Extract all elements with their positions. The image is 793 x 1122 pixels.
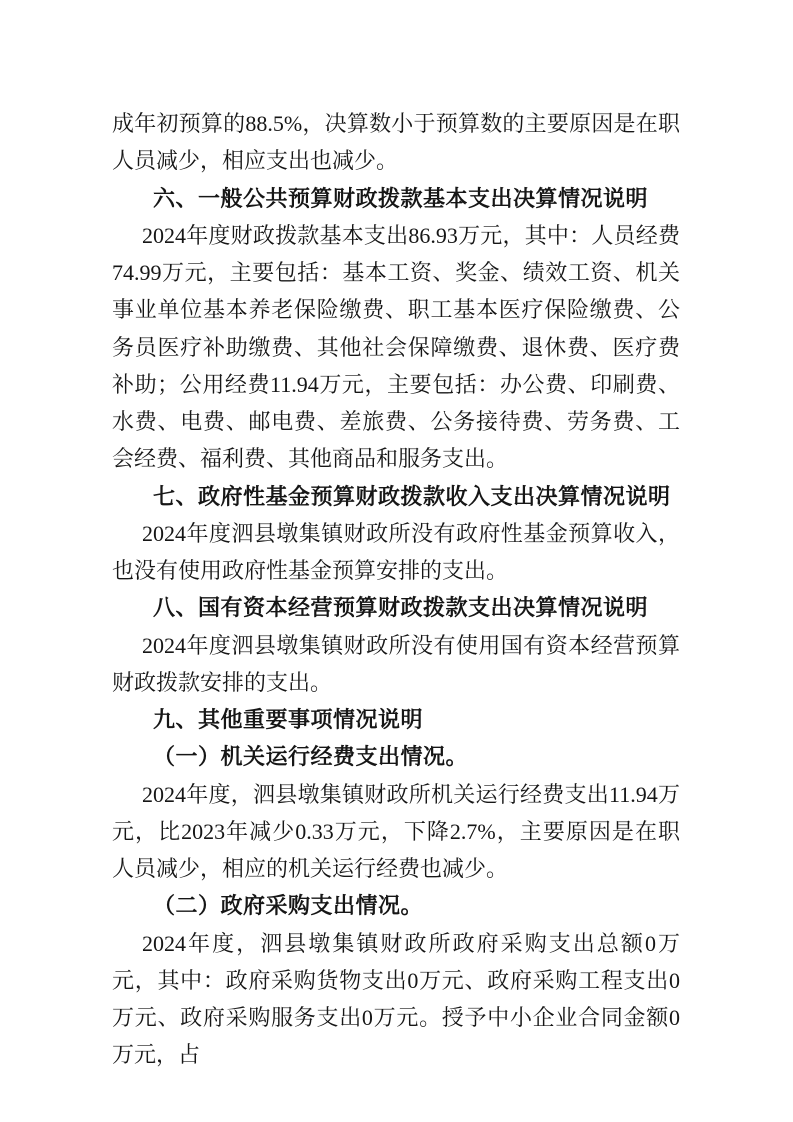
sub-section-heading: （二）政府采购支出情况。: [112, 887, 680, 924]
section-heading: 七、政府性基金预算财政拨款收入支出决算情况说明: [112, 478, 680, 515]
body-paragraph: 2024年度泗县墩集镇财政所没有使用国有资本经营预算财政拨款安排的支出。: [112, 627, 680, 702]
body-paragraph: 2024年度，泗县墩集镇财政所机关运行经费支出11.94万元，比2023年减少0…: [112, 776, 680, 888]
section-heading: 九、其他重要事项情况说明: [112, 701, 680, 738]
section-heading: 八、国有资本经营预算财政拨款支出决算情况说明: [112, 589, 680, 626]
body-paragraph: 2024年度财政拨款基本支出86.93万元，其中：人员经费74.99万元，主要包…: [112, 217, 680, 478]
document-page: 成年初预算的88.5%，决算数小于预算数的主要原因是在职人员减少，相应支出也减少…: [0, 0, 793, 1122]
section-heading: 六、一般公共预算财政拨款基本支出决算情况说明: [112, 180, 680, 217]
body-paragraph: 2024年度，泗县墩集镇财政所政府采购支出总额0万元，其中：政府采购货物支出0万…: [112, 925, 680, 1074]
sub-section-heading: （一）机关运行经费支出情况。: [112, 738, 680, 775]
body-paragraph-continued: 成年初预算的88.5%，决算数小于预算数的主要原因是在职人员减少，相应支出也减少…: [112, 105, 680, 180]
document-content: 成年初预算的88.5%，决算数小于预算数的主要原因是在职人员减少，相应支出也减少…: [112, 105, 680, 1074]
body-paragraph: 2024年度泗县墩集镇财政所没有政府性基金预算收入，也没有使用政府性基金预算安排…: [112, 515, 680, 590]
